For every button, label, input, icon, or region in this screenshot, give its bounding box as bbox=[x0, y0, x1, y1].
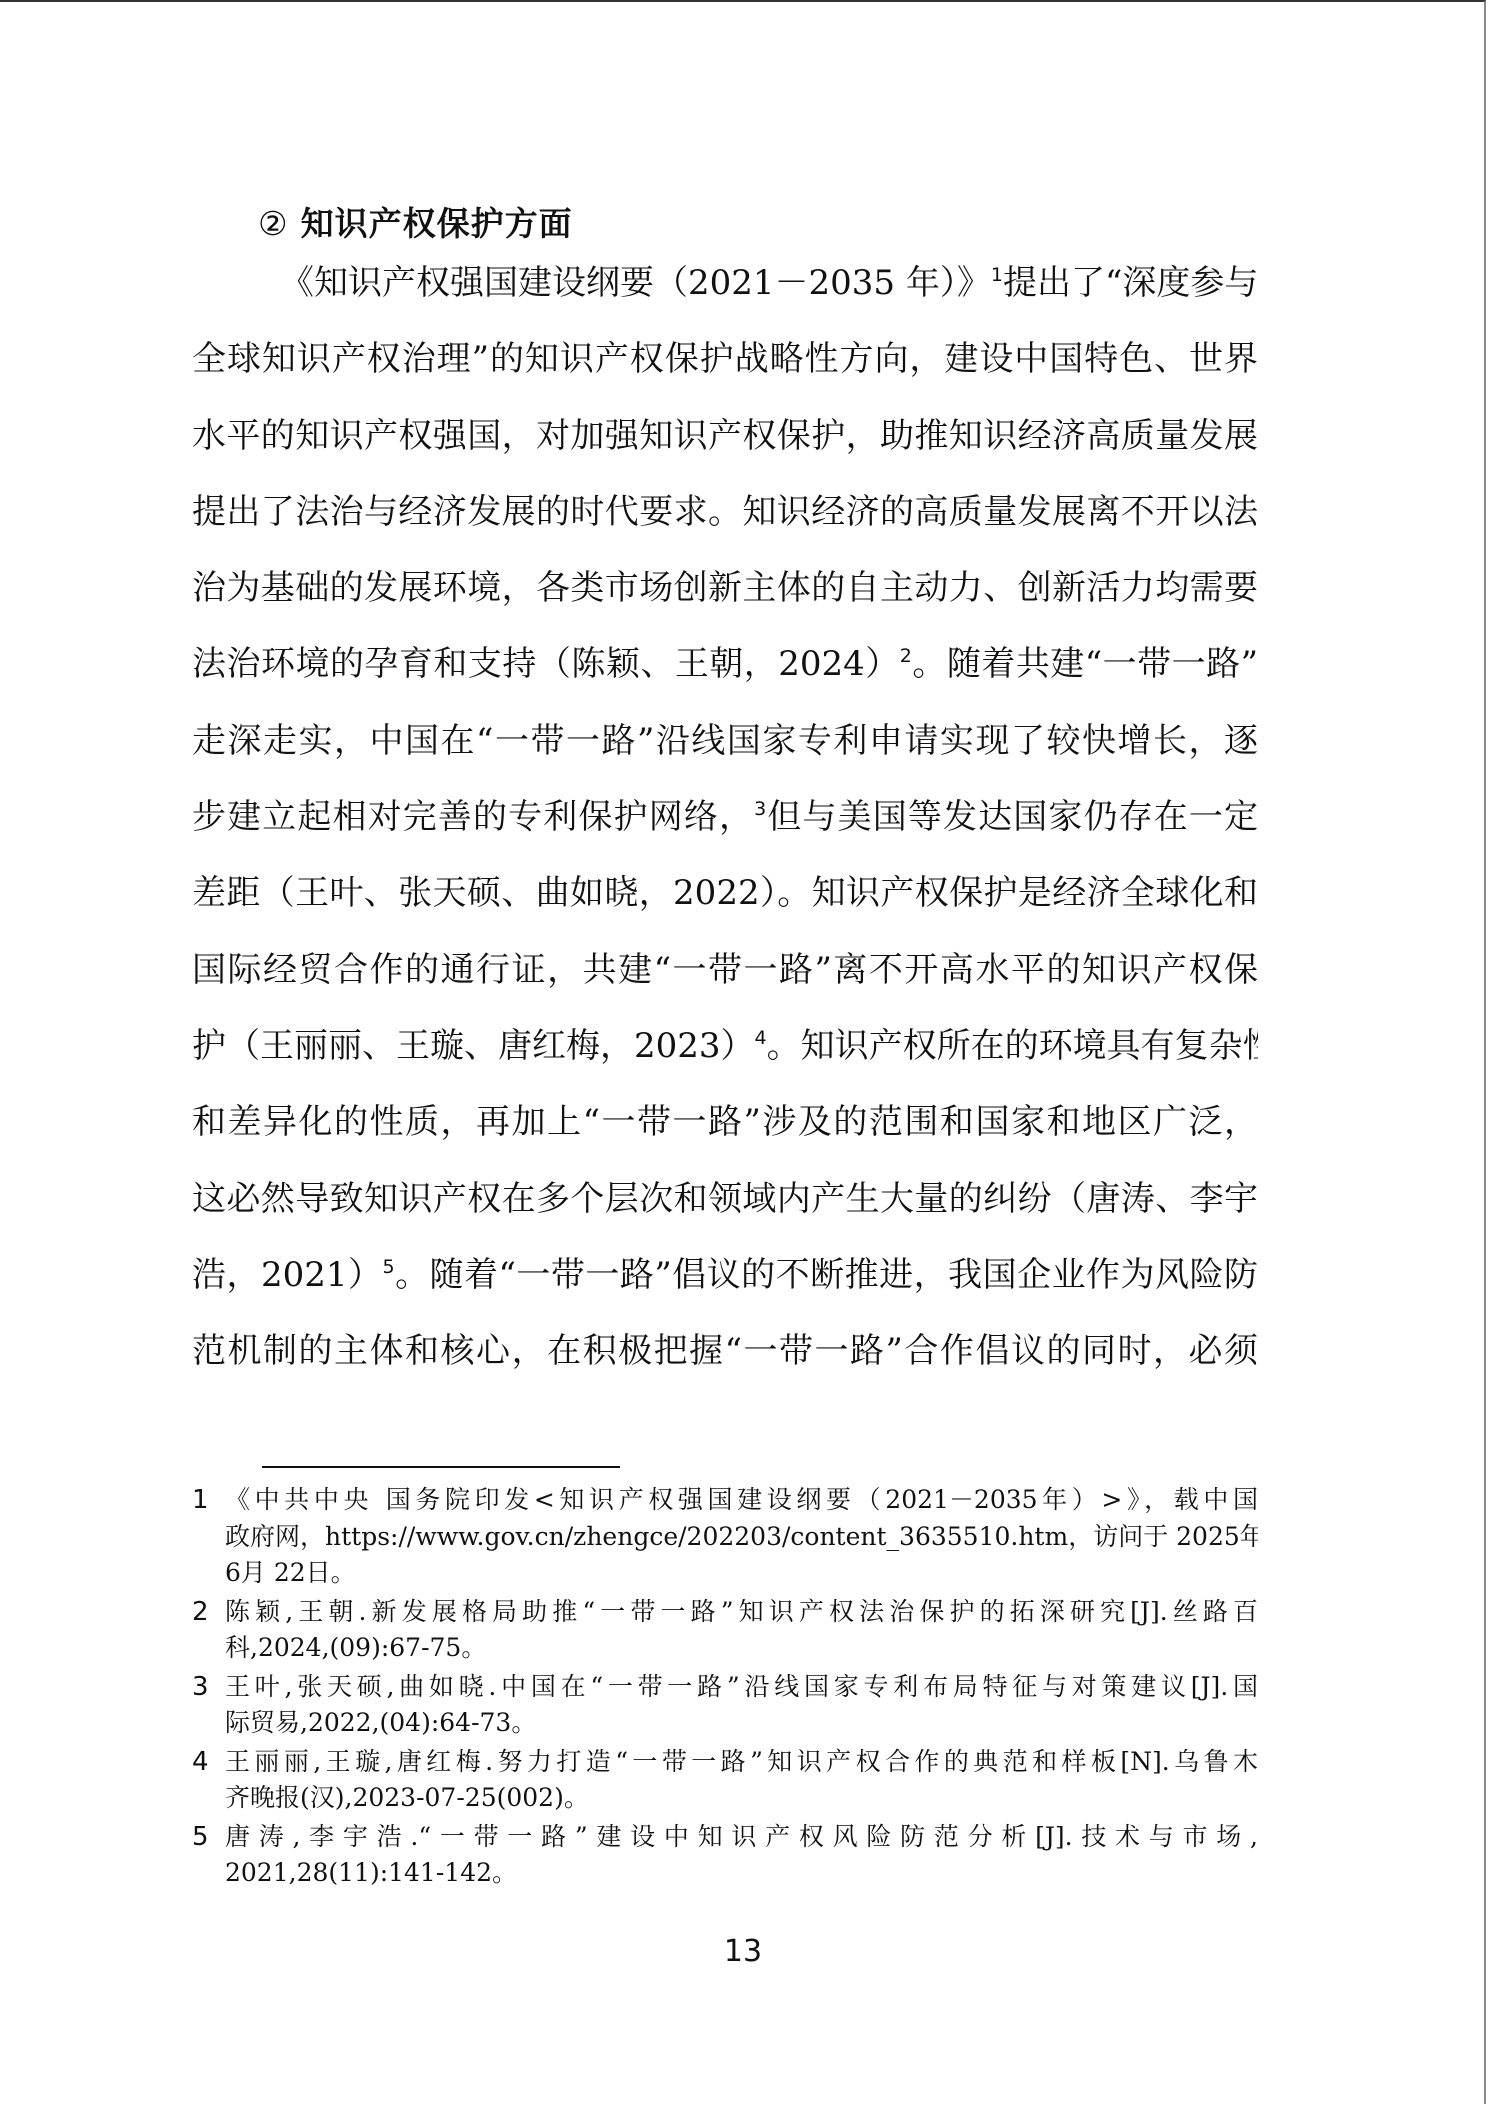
footnote-number: 5 bbox=[192, 1819, 209, 1856]
page-number: 13 bbox=[0, 1934, 1486, 1969]
body-line: 提出了法治与经济发展的时代要求。知识经济的高质量发展离不开以法 bbox=[192, 489, 1258, 565]
text-run: 差距（王叶、张天硕、曲如晓，2022）。知识产权保护是经济全球化和 bbox=[192, 873, 1258, 913]
footnote-line: 《中共中央 国务院印发<知识产权强国建设纲要（2021－2035年）>》，载中国 bbox=[225, 1482, 1258, 1519]
footnote-line: 政府网，https://www.gov.cn/zhengce/202203/co… bbox=[225, 1519, 1258, 1556]
footnote-line: 王丽丽,王璇,唐红梅.努力打造“一带一路”知识产权合作的典范和样板[N].乌鲁木 bbox=[225, 1744, 1258, 1781]
text-run: 但与美国等发达国家仍存在一定 bbox=[766, 797, 1258, 837]
text-run: 法治环境的孕育和支持（陈颖、王朝，2024） bbox=[192, 644, 900, 684]
footnote-line: 际贸易,2022,(04):64-73。 bbox=[225, 1705, 1258, 1742]
footnote-line: 陈颖,王朝.新发展格局助推“一带一路”知识产权法治保护的拓深研究[J].丝路百 bbox=[225, 1594, 1258, 1631]
footnote-5: 5 唐涛,李宇浩.“一带一路”建设中知识产权风险防范分析[J].技术与市场, 2… bbox=[192, 1819, 1258, 1892]
body-line: 治为基础的发展环境，各类市场创新主体的自主动力、创新活力均需要 bbox=[192, 565, 1258, 641]
footnote-1: 1 《中共中央 国务院印发<知识产权强国建设纲要（2021－2035年）>》，载… bbox=[192, 1482, 1258, 1592]
body-line: 这必然导致知识产权在多个层次和领域内产生大量的纠纷（唐涛、李宇 bbox=[192, 1176, 1258, 1252]
body-line: 全球知识产权治理”的知识产权保护战略性方向，建设中国特色、世界 bbox=[192, 336, 1258, 412]
text-run: 全球知识产权治理”的知识产权保护战略性方向，建设中国特色、世界 bbox=[192, 339, 1258, 379]
text-run: 提出了“深度参与 bbox=[1003, 263, 1258, 303]
footnote-number: 2 bbox=[192, 1594, 209, 1631]
text-run: 提出了法治与经济发展的时代要求。知识经济的高质量发展离不开以法 bbox=[192, 492, 1258, 532]
footnote-number: 1 bbox=[192, 1482, 209, 1519]
text-run: 护（王丽丽、王璇、唐红梅，2023） bbox=[192, 1026, 755, 1066]
body-line: 浩，2021）5。随着“一带一路”倡议的不断推进，我国企业作为风险防 bbox=[192, 1252, 1258, 1328]
footnote-ref[interactable]: 5 bbox=[382, 1256, 394, 1278]
body-line: 法治环境的孕育和支持（陈颖、王朝，2024）2。随着共建“一带一路” bbox=[192, 641, 1258, 717]
body-line: 差距（王叶、张天硕、曲如晓，2022）。知识产权保护是经济全球化和 bbox=[192, 870, 1258, 946]
body-line: 国际经贸合作的通行证，共建“一带一路”离不开高水平的知识产权保 bbox=[192, 947, 1258, 1023]
footnote-ref[interactable]: 2 bbox=[900, 645, 912, 667]
footnote-line: 齐晚报(汉),2023-07-25(002)。 bbox=[225, 1780, 1258, 1817]
footnote-line: 科,2024,(09):67-75。 bbox=[225, 1630, 1258, 1667]
document-page: ②知识产权保护方面 《知识产权强国建设纲要（2021－2035 年）》1提出了“… bbox=[0, 0, 1486, 2104]
body-line: 《知识产权强国建设纲要（2021－2035 年）》1提出了“深度参与 bbox=[192, 260, 1258, 336]
footnote-separator bbox=[262, 1466, 620, 1468]
footnotes: 1 《中共中央 国务院印发<知识产权强国建设纲要（2021－2035年）>》，载… bbox=[192, 1482, 1258, 1894]
text-run: 。随着共建“一带一路” bbox=[912, 644, 1258, 684]
section-title: 知识产权保护方面 bbox=[301, 204, 573, 243]
body-paragraph: 《知识产权强国建设纲要（2021－2035 年）》1提出了“深度参与 全球知识产… bbox=[192, 260, 1258, 1404]
body-line: 和差异化的性质，再加上“一带一路”涉及的范围和国家和地区广泛， bbox=[192, 1099, 1258, 1175]
footnote-number: 3 bbox=[192, 1669, 209, 1706]
body-line: 范机制的主体和核心，在积极把握“一带一路”合作倡议的同时，必须 bbox=[192, 1328, 1258, 1404]
footnote-line: 王叶,张天硕,曲如晓.中国在“一带一路”沿线国家专利布局特征与对策建议[J].国 bbox=[225, 1669, 1258, 1706]
footnote-4: 4 王丽丽,王璇,唐红梅.努力打造“一带一路”知识产权合作的典范和样板[N].乌… bbox=[192, 1744, 1258, 1817]
section-number: ② bbox=[258, 204, 289, 243]
text-run: 。知识产权所在的环境具有复杂性 bbox=[767, 1026, 1258, 1066]
text-run: 水平的知识产权强国，对加强知识产权保护，助推知识经济高质量发展 bbox=[192, 416, 1258, 456]
footnote-line: 2021,28(11):141-142。 bbox=[225, 1855, 1258, 1892]
footnote-number: 4 bbox=[192, 1744, 209, 1781]
text-run: 这必然导致知识产权在多个层次和领域内产生大量的纠纷（唐涛、李宇 bbox=[192, 1179, 1258, 1219]
body-line: 步建立起相对完善的专利保护网络，3但与美国等发达国家仍存在一定 bbox=[192, 794, 1258, 870]
text-run: 浩，2021） bbox=[192, 1255, 382, 1295]
text-run: 治为基础的发展环境，各类市场创新主体的自主动力、创新活力均需要 bbox=[192, 568, 1258, 608]
section-heading: ②知识产权保护方面 bbox=[258, 198, 573, 245]
text-run: 《知识产权强国建设纲要（2021－2035 年）》 bbox=[280, 263, 991, 303]
text-run: 步建立起相对完善的专利保护网络， bbox=[192, 797, 754, 837]
text-run: 。随着“一带一路”倡议的不断推进，我国企业作为风险防 bbox=[395, 1255, 1258, 1295]
body-line: 水平的知识产权强国，对加强知识产权保护，助推知识经济高质量发展 bbox=[192, 413, 1258, 489]
footnote-3: 3 王叶,张天硕,曲如晓.中国在“一带一路”沿线国家专利布局特征与对策建议[J]… bbox=[192, 1669, 1258, 1742]
body-line: 护（王丽丽、王璇、唐红梅，2023）4。知识产权所在的环境具有复杂性 bbox=[192, 1023, 1258, 1099]
footnote-line: 唐涛,李宇浩.“一带一路”建设中知识产权风险防范分析[J].技术与市场, bbox=[225, 1819, 1258, 1856]
body-line: 走深走实，中国在“一带一路”沿线国家专利申请实现了较快增长，逐 bbox=[192, 718, 1258, 794]
footnote-ref[interactable]: 1 bbox=[991, 264, 1003, 286]
footnote-ref[interactable]: 3 bbox=[754, 798, 766, 820]
text-run: 走深走实，中国在“一带一路”沿线国家专利申请实现了较快增长，逐 bbox=[192, 721, 1258, 761]
text-run: 国际经贸合作的通行证，共建“一带一路”离不开高水平的知识产权保 bbox=[192, 950, 1258, 990]
footnote-line: 6月 22日。 bbox=[225, 1555, 1258, 1592]
text-run: 和差异化的性质，再加上“一带一路”涉及的范围和国家和地区广泛， bbox=[192, 1102, 1258, 1142]
footnote-ref[interactable]: 4 bbox=[755, 1027, 767, 1049]
text-run: 范机制的主体和核心，在积极把握“一带一路”合作倡议的同时，必须 bbox=[192, 1331, 1258, 1371]
footnote-2: 2 陈颖,王朝.新发展格局助推“一带一路”知识产权法治保护的拓深研究[J].丝路… bbox=[192, 1594, 1258, 1667]
